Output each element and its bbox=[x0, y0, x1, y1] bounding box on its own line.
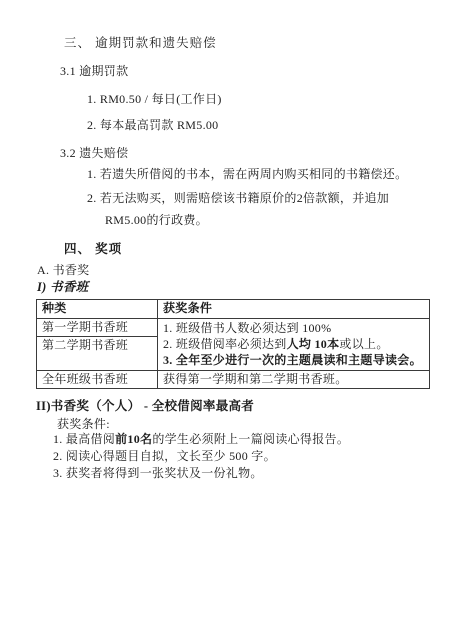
individual-condition-1: 1. 最高借阅前10名的学生必须附上一篇阅读心得报告。 bbox=[53, 432, 349, 446]
cell-term1-class: 第一学期书香班 bbox=[37, 319, 158, 337]
loss-compensation-item-2-line-1: 2. 若无法购买，则需赔偿该书籍原价的2倍款额，并追加 bbox=[87, 191, 389, 205]
award-class-subheading: I) 书香班 bbox=[37, 280, 88, 294]
criteria-line-3: 3. 全年至少进行一次的主题晨读和主题导读会。 bbox=[163, 352, 424, 368]
table-header-row: 种类 获奖条件 bbox=[37, 300, 430, 319]
individual-condition-3: 3. 获奖者将得到一张奖状及一份礼物。 bbox=[53, 466, 263, 480]
table-row: 全年班级书香班 获得第一学期和第二学期书香班。 bbox=[37, 371, 430, 389]
criteria-line-2: 2. 班级借阅率必须达到人均 10本或以上。 bbox=[163, 336, 424, 352]
table-header-criteria: 获奖条件 bbox=[158, 300, 430, 319]
conditions-label: 获奖条件: bbox=[57, 417, 110, 431]
criteria-line-1: 1. 班级借书人数必须达到 100% bbox=[163, 320, 424, 336]
table-row: 第一学期书香班 1. 班级借书人数必须达到 100% 2. 班级借阅率必须达到人… bbox=[37, 319, 430, 337]
cell-fullyear-class: 全年班级书香班 bbox=[37, 371, 158, 389]
section3-1-heading: 3.1 逾期罚款 bbox=[60, 64, 128, 78]
document-page: 三、 逾期罚款和遗失赔偿 3.1 逾期罚款 1. RM0.50 / 每日(工作日… bbox=[0, 0, 451, 640]
cell-term2-class: 第二学期书香班 bbox=[37, 337, 158, 371]
section3-2-heading: 3.2 遗失赔偿 bbox=[60, 146, 128, 160]
table-header-type: 种类 bbox=[37, 300, 158, 319]
award-a-label: A. 书香奖 bbox=[37, 263, 89, 277]
overdue-fine-item-2: 2. 每本最高罚款 RM5.00 bbox=[87, 118, 218, 132]
individual-condition-2: 2. 阅读心得题目自拟，文长至少 500 字。 bbox=[53, 449, 276, 463]
loss-compensation-item-2-line-2: RM5.00的行政费。 bbox=[105, 213, 208, 227]
award-individual-subheading: II)书香奖（个人） - 全校借阅率最高者 bbox=[36, 399, 254, 413]
overdue-fine-item-1: 1. RM0.50 / 每日(工作日) bbox=[87, 92, 222, 106]
loss-compensation-item-1: 1. 若遗失所借阅的书本，需在两周内购买相同的书籍偿还。 bbox=[87, 167, 407, 181]
award-criteria-table: 种类 获奖条件 第一学期书香班 1. 班级借书人数必须达到 100% 2. 班级… bbox=[36, 299, 430, 389]
section4-heading: 四、 奖项 bbox=[64, 242, 122, 256]
cell-fullyear-criteria: 获得第一学期和第二学期书香班。 bbox=[158, 371, 430, 389]
cell-merged-criteria: 1. 班级借书人数必须达到 100% 2. 班级借阅率必须达到人均 10本或以上… bbox=[158, 319, 430, 371]
section3-heading: 三、 逾期罚款和遗失赔偿 bbox=[64, 36, 217, 50]
